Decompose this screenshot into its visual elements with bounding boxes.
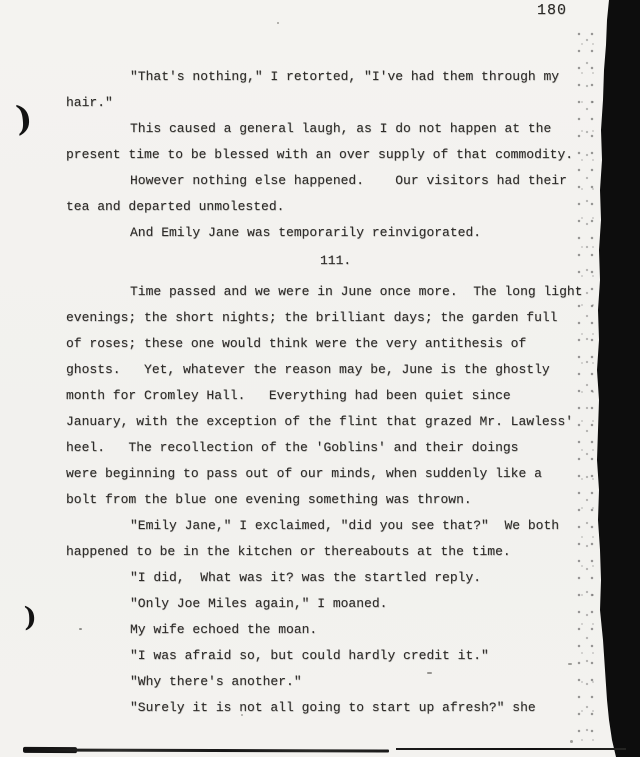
scan-speck bbox=[241, 714, 243, 716]
text-line: hair." bbox=[66, 90, 596, 116]
text-line: "Why there's another." bbox=[66, 669, 596, 695]
scan-speck bbox=[570, 740, 573, 743]
text-line: present time to be blessed with an over … bbox=[66, 142, 596, 168]
page-number: 180 bbox=[537, 2, 567, 19]
scan-speck bbox=[79, 628, 82, 630]
text-line: were beginning to pass out of our minds,… bbox=[66, 461, 596, 487]
text-line: "I did, What was it? was the startled re… bbox=[66, 565, 596, 591]
text-line: "Only Joe Miles again," I moaned. bbox=[66, 591, 596, 617]
scan-speck bbox=[277, 22, 279, 24]
scan-edge-line-bottom-left bbox=[24, 749, 389, 753]
text-line: tea and departed unmolested. bbox=[66, 194, 596, 220]
scan-noise-speckles bbox=[576, 30, 594, 745]
scanned-manuscript-page: 180 "That's nothing," I retorted, "I've … bbox=[0, 0, 640, 757]
text-line: heel. The recollection of the 'Goblins' … bbox=[66, 435, 596, 461]
text-line: Time passed and we were in June once mor… bbox=[66, 279, 596, 305]
section-heading: 111. bbox=[66, 248, 596, 274]
text-line: January, with the exception of the flint… bbox=[66, 409, 596, 435]
text-line: ghosts. Yet, whatever the reason may be,… bbox=[66, 357, 596, 383]
handwritten-bracket-mark: ) bbox=[23, 602, 37, 633]
scan-speck bbox=[427, 672, 432, 674]
scan-edge-line-bottom-right bbox=[396, 748, 626, 750]
text-line: However nothing else happened. Our visit… bbox=[66, 168, 596, 194]
text-line: month for Cromley Hall. Everything had b… bbox=[66, 383, 596, 409]
typewritten-text-body: "That's nothing," I retorted, "I've had … bbox=[66, 64, 596, 721]
text-line: of roses; these one would think were the… bbox=[66, 331, 596, 357]
text-line: bolt from the blue one evening something… bbox=[66, 487, 596, 513]
text-line: evenings; the short nights; the brillian… bbox=[66, 305, 596, 331]
text-line: My wife echoed the moan. bbox=[66, 617, 596, 643]
text-line: And Emily Jane was temporarily reinvigor… bbox=[66, 220, 596, 246]
text-line: "I was afraid so, but could hardly credi… bbox=[66, 643, 596, 669]
handwritten-bracket-mark: ) bbox=[14, 98, 34, 139]
text-line: happened to be in the kitchen or thereab… bbox=[66, 539, 596, 565]
scan-speck bbox=[568, 663, 572, 665]
text-line: "That's nothing," I retorted, "I've had … bbox=[66, 64, 596, 90]
text-line: "Emily Jane," I exclaimed, "did you see … bbox=[66, 513, 596, 539]
text-line: "Surely it is not all going to start up … bbox=[66, 695, 596, 721]
scan-edge-band-right bbox=[592, 0, 640, 757]
text-line: This caused a general laugh, as I do not… bbox=[66, 116, 596, 142]
